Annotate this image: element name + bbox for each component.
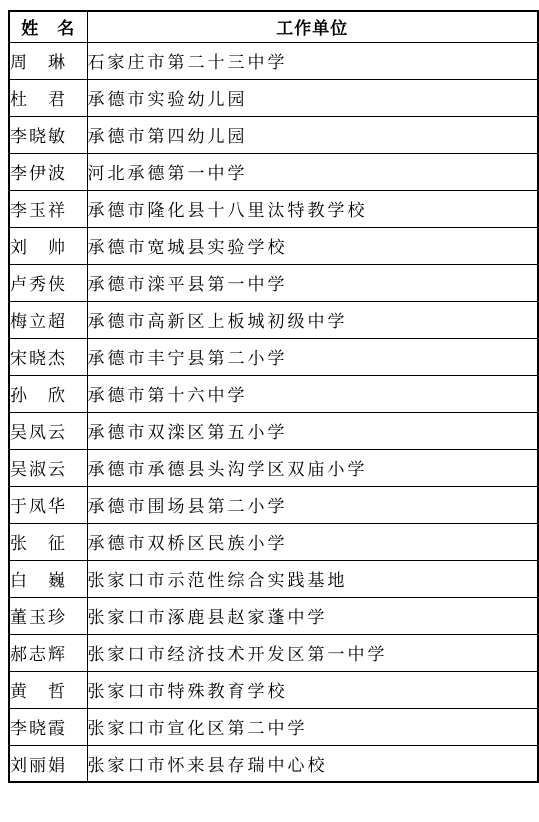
column-header-name: 姓 名 [9, 11, 87, 42]
unit-cell: 承德市高新区上板城初级中学 [87, 301, 538, 338]
name-cell: 李晓霞 [9, 708, 87, 745]
name-cell: 杜 君 [9, 79, 87, 116]
table-row: 张 征承德市双桥区民族小学 [9, 523, 538, 560]
unit-cell: 承德市实验幼儿园 [87, 79, 538, 116]
table-row: 吴淑云承德市承德县头沟学区双庙小学 [9, 449, 538, 486]
table-row: 孙 欣承德市第十六中学 [9, 375, 538, 412]
name-cell: 李伊波 [9, 153, 87, 190]
name-cell: 李晓敏 [9, 116, 87, 153]
name-cell: 于凤华 [9, 486, 87, 523]
unit-cell: 石家庄市第二十三中学 [87, 42, 538, 79]
unit-cell: 承德市宽城县实验学校 [87, 227, 538, 264]
name-unit-table: 姓 名 工作单位 周 琳石家庄市第二十三中学杜 君承德市实验幼儿园李晓敏承德市第… [8, 10, 539, 783]
table-row: 杜 君承德市实验幼儿园 [9, 79, 538, 116]
unit-cell: 承德市丰宁县第二小学 [87, 338, 538, 375]
unit-cell: 张家口市示范性综合实践基地 [87, 560, 538, 597]
table-row: 刘 帅承德市宽城县实验学校 [9, 227, 538, 264]
unit-cell: 承德市第十六中学 [87, 375, 538, 412]
table-row: 黄 哲张家口市特殊教育学校 [9, 671, 538, 708]
table-row: 郝志辉张家口市经济技术开发区第一中学 [9, 634, 538, 671]
name-cell: 刘丽娟 [9, 745, 87, 782]
table-header-row: 姓 名 工作单位 [9, 11, 538, 42]
unit-cell: 承德市滦平县第一中学 [87, 264, 538, 301]
unit-cell: 承德市承德县头沟学区双庙小学 [87, 449, 538, 486]
name-cell: 白 巍 [9, 560, 87, 597]
name-cell: 李玉祥 [9, 190, 87, 227]
unit-cell: 张家口市经济技术开发区第一中学 [87, 634, 538, 671]
table-row: 白 巍张家口市示范性综合实践基地 [9, 560, 538, 597]
name-cell: 董玉珍 [9, 597, 87, 634]
name-cell: 吴凤云 [9, 412, 87, 449]
unit-cell: 张家口市涿鹿县赵家蓬中学 [87, 597, 538, 634]
unit-cell: 承德市第四幼儿园 [87, 116, 538, 153]
table-body: 周 琳石家庄市第二十三中学杜 君承德市实验幼儿园李晓敏承德市第四幼儿园李伊波河北… [9, 42, 538, 782]
table-row: 李晓敏承德市第四幼儿园 [9, 116, 538, 153]
table-row: 宋晓杰承德市丰宁县第二小学 [9, 338, 538, 375]
column-header-unit: 工作单位 [87, 11, 538, 42]
name-cell: 孙 欣 [9, 375, 87, 412]
table-row: 董玉珍张家口市涿鹿县赵家蓬中学 [9, 597, 538, 634]
unit-cell: 承德市隆化县十八里汰特教学校 [87, 190, 538, 227]
table-row: 李伊波河北承德第一中学 [9, 153, 538, 190]
unit-cell: 承德市围场县第二小学 [87, 486, 538, 523]
name-cell: 郝志辉 [9, 634, 87, 671]
name-cell: 宋晓杰 [9, 338, 87, 375]
name-cell: 梅立超 [9, 301, 87, 338]
table-row: 卢秀侠承德市滦平县第一中学 [9, 264, 538, 301]
name-cell: 张 征 [9, 523, 87, 560]
table-row: 吴凤云承德市双滦区第五小学 [9, 412, 538, 449]
unit-cell: 承德市双滦区第五小学 [87, 412, 538, 449]
name-cell: 刘 帅 [9, 227, 87, 264]
unit-cell: 承德市双桥区民族小学 [87, 523, 538, 560]
unit-cell: 张家口市特殊教育学校 [87, 671, 538, 708]
name-cell: 卢秀侠 [9, 264, 87, 301]
name-cell: 黄 哲 [9, 671, 87, 708]
unit-cell: 河北承德第一中学 [87, 153, 538, 190]
document-page: 姓 名 工作单位 周 琳石家庄市第二十三中学杜 君承德市实验幼儿园李晓敏承德市第… [0, 0, 539, 822]
table-row: 李晓霞张家口市宣化区第二中学 [9, 708, 538, 745]
table-row: 刘丽娟张家口市怀来县存瑞中心校 [9, 745, 538, 782]
table-row: 周 琳石家庄市第二十三中学 [9, 42, 538, 79]
unit-cell: 张家口市宣化区第二中学 [87, 708, 538, 745]
table-row: 于凤华承德市围场县第二小学 [9, 486, 538, 523]
name-cell: 吴淑云 [9, 449, 87, 486]
table-row: 李玉祥承德市隆化县十八里汰特教学校 [9, 190, 538, 227]
name-cell: 周 琳 [9, 42, 87, 79]
table-row: 梅立超承德市高新区上板城初级中学 [9, 301, 538, 338]
unit-cell: 张家口市怀来县存瑞中心校 [87, 745, 538, 782]
